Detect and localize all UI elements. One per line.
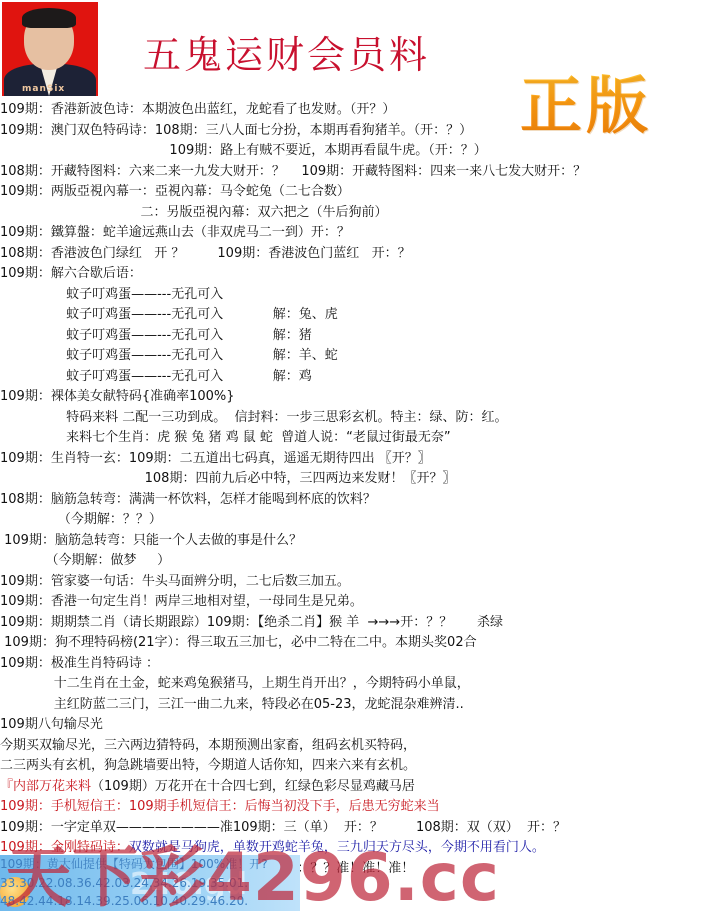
line-text: 十二生肖在土金，蛇来鸡兔猴猪马，上期生肖开出？，今期特码小单鼠， xyxy=(0,676,470,691)
line-text: 109期：两版亞視內幕一：亞視內幕：马令蛇兔（二七合数） xyxy=(0,184,350,199)
text-line: 特码来料 二配一三功到成。 信封料：一步三思彩玄机。特主：绿、防：红。 xyxy=(0,408,721,429)
text-line: 109期：生肖特一玄：109期：二五道出七码真，遥遥无期待四出 〖开？〗 xyxy=(0,449,721,470)
text-line: 109期：管家婆一句话：牛头马面辨分明，二七后数三加五。 xyxy=(0,572,721,593)
text-line: 蚊子叮鸡蛋——---无孔可入 解：兔、虎 xyxy=(0,305,721,326)
line-text: 109期：澳门双色特码诗：108期：三八人面七分扮，本期再看狗猪羊。（开：？） xyxy=(0,123,472,138)
line-text: 二三两头有玄机，狗急跳墙要出特，今期道人话你知，四来六来有玄机。 xyxy=(0,758,416,773)
text-line: 109期：一字定单双————————准109期：三（单） 开：？ 108期：双（… xyxy=(0,818,721,839)
text-line: 二三两头有玄机，狗急跳墙要出特，今期道人话你知，四来六来有玄机。 xyxy=(0,756,721,777)
line-text: 蚊子叮鸡蛋——---无孔可入 解：兔、虎 xyxy=(0,307,338,322)
text-line: 蚊子叮鸡蛋——---无孔可入 xyxy=(0,285,721,306)
text-line: 109期：香港新波色诗：本期波色出蓝红，龙蛇看了也发财。（开？） xyxy=(0,100,721,121)
line-text: 主红防蓝二三门，三江一曲二九来，特段必在05-23，龙蛇混杂难辨清.. xyxy=(0,697,464,712)
text-line: 今期买双输尽光，三六两边猜特码，本期预测出家畜，组码玄机买特码， xyxy=(0,736,721,757)
content-lines: 109期：香港新波色诗：本期波色出蓝红，龙蛇看了也发财。（开？）109期：澳门双… xyxy=(0,100,721,879)
text-line: 108期：开藏特图料：六来二来一九发大财开：？ 109期：开藏特图料：四来一来八… xyxy=(0,162,721,183)
line-text: 109期：路上有贼不要近，本期再看鼠牛虎。（开：？） xyxy=(0,143,487,158)
text-line: 109期：手机短信王：109期手机短信王：后悔当初没下手，后患无穷蛇来当 xyxy=(0,797,721,818)
line-text: 109期：一字定单双————————准109期：三（单） 开：？ 108期：双（… xyxy=(0,820,566,835)
line-text: 109期：管家婆一句话：牛头马面辨分明，二七后数三加五。 xyxy=(0,574,350,589)
text-line: 109期：狗不理特码榜(21字）：得三取五三加七，必中二特在二中。本期头奖02合 xyxy=(0,633,721,654)
photo-tag: manSix xyxy=(22,84,65,94)
line-text: 109期：鐵算盤：蛇羊逾远燕山去（非双虎马二一到）开：？ xyxy=(0,225,350,240)
text-line: 109期：澳门双色特码诗：108期：三八人面七分扮，本期再看狗猪羊。（开：？） xyxy=(0,121,721,142)
text-line: 109期：期期禁二肖（请长期跟踪）109期：【绝杀二肖】猴 羊 →→→开：？？ … xyxy=(0,613,721,634)
line-text: 109期：裸体美女献特码{准确率100%} xyxy=(0,389,235,404)
text-line: （今期解：？？） xyxy=(0,510,721,531)
line-text: 109期：解六合歇后语： xyxy=(0,266,142,281)
text-line: 十二生肖在土金，蛇来鸡兔猴猪马，上期生肖开出？，今期特码小单鼠， xyxy=(0,674,721,695)
text-line: 109期：脑筋急转弯：只能一个人去做的事是什么？ xyxy=(0,531,721,552)
line-text: 108期：四前九后必中特，三四两边来发财！〖开？〗 xyxy=(0,471,455,486)
text-line: 109期：两版亞視內幕一：亞視內幕：马令蛇兔（二七合数） xyxy=(0,182,721,203)
line-text: 109期：脑筋急转弯：只能一个人去做的事是什么？ xyxy=(0,533,302,548)
line-text: 蚊子叮鸡蛋——---无孔可入 解：鸡 xyxy=(0,369,312,384)
text-line: 来料七个生肖：虎 猴 兔 猪 鸡 鼠 蛇 曾道人说：“老鼠过街最无奈” xyxy=(0,428,721,449)
line-text: 109期：香港一句定生肖！两岸三地相对望，一母同生是兄弟。 xyxy=(0,594,363,609)
text-line: 蚊子叮鸡蛋——---无孔可入 解：猪 xyxy=(0,326,721,347)
line-text: 109期：极准生肖特码诗 ： xyxy=(0,656,159,671)
photo-hair xyxy=(22,8,76,28)
line-text: 109期八句输尽光 xyxy=(0,717,103,732)
line-text: 108期：香港波色门绿红 开 ？ 109期：香港波色门蓝红 开：？ xyxy=(0,246,411,261)
line-text: 蚊子叮鸡蛋——---无孔可入 xyxy=(0,287,223,302)
line-text: 蚊子叮鸡蛋——---无孔可入 解：猪 xyxy=(0,328,312,343)
text-line: 109期：香港一句定生肖！两岸三地相对望，一母同生是兄弟。 xyxy=(0,592,721,613)
line-text: 来料七个生肖：虎 猴 兔 猪 鸡 鼠 蛇 曾道人说：“老鼠过街最无奈” xyxy=(0,430,451,445)
line-text: 今期买双输尽光，三六两边猜特码，本期预测出家畜，组码玄机买特码， xyxy=(0,738,416,753)
text-line: 109期：解六合歇后语： xyxy=(0,264,721,285)
text-line: 蚊子叮鸡蛋——---无孔可入 解：羊、蛇 xyxy=(0,346,721,367)
line-text: 二：另版亞視內幕：双六把之（牛后狗前） xyxy=(0,205,388,220)
page-title: 五鬼运财会员料 xyxy=(143,24,430,79)
text-line: 『内部万花来料（109期）万花开在十合四七到，红绿色彩尽显鸡藏马居 xyxy=(0,777,721,798)
text-line: 108期：脑筋急转弯：满满一杯饮料，怎样才能喝到杯底的饮料？ xyxy=(0,490,721,511)
line-text: 108期：脑筋急转弯：满满一杯饮料，怎样才能喝到杯底的饮料？ xyxy=(0,492,376,507)
line-text-red: 109期：手机短信王：109期手机短信王：后悔当初没下手，后患无穷蛇来当 xyxy=(0,799,440,814)
line-text: 108期：开藏特图料：六来二来一九发大财开：？ 109期：开藏特图料：四来一来八… xyxy=(0,164,586,179)
line-text: （今期解：做梦 ） xyxy=(0,553,170,568)
text-line: 主红防蓝二三门，三江一曲二九来，特段必在05-23，龙蛇混杂难辨清.. xyxy=(0,695,721,716)
line-text: 特码来料 二配一三功到成。 信封料：一步三思彩玄机。特主：绿、防：红。 xyxy=(0,410,508,425)
site-watermark: 天下彩4296.cc xyxy=(5,845,500,911)
line-text: 蚊子叮鸡蛋——---无孔可入 解：羊、蛇 xyxy=(0,348,338,363)
line-text: 109期：生肖特一玄：109期：二五道出七码真，遥遥无期待四出 〖开？〗 xyxy=(0,451,431,466)
text-line: （今期解：做梦 ） xyxy=(0,551,721,572)
member-photo: manSix xyxy=(2,2,98,96)
text-line: 二：另版亞視內幕：双六把之（牛后狗前） xyxy=(0,203,721,224)
text-line: 109期：鐵算盤：蛇羊逾远燕山去（非双虎马二一到）开：？ xyxy=(0,223,721,244)
line-text: 109期：香港新波色诗：本期波色出蓝红，龙蛇看了也发财。（开？） xyxy=(0,102,395,117)
line-text: 109期：狗不理特码榜(21字）：得三取五三加七，必中二特在二中。本期头奖02合 xyxy=(0,635,477,650)
line-text: 109期：期期禁二肖（请长期跟踪）109期：【绝杀二肖】猴 羊 →→→开：？？ … xyxy=(0,615,503,630)
line-text: （今期解：？？） xyxy=(0,512,162,527)
line-text-red: 『内部万花来料 xyxy=(0,779,91,794)
text-line: 蚊子叮鸡蛋——---无孔可入 解：鸡 xyxy=(0,367,721,388)
text-line: 108期：四前九后必中特，三四两边来发财！〖开？〗 xyxy=(0,469,721,490)
text-line: 108期：香港波色门绿红 开 ？ 109期：香港波色门蓝红 开：？ xyxy=(0,244,721,265)
text-line: 109期：路上有贼不要近，本期再看鼠牛虎。（开：？） xyxy=(0,141,721,162)
text-line: 109期八句输尽光 xyxy=(0,715,721,736)
line-text: （109期）万花开在十合四七到，红绿色彩尽显鸡藏马居 xyxy=(91,779,415,794)
text-line: 109期：裸体美女献特码{准确率100%} xyxy=(0,387,721,408)
text-line: 109期：极准生肖特码诗 ： xyxy=(0,654,721,675)
